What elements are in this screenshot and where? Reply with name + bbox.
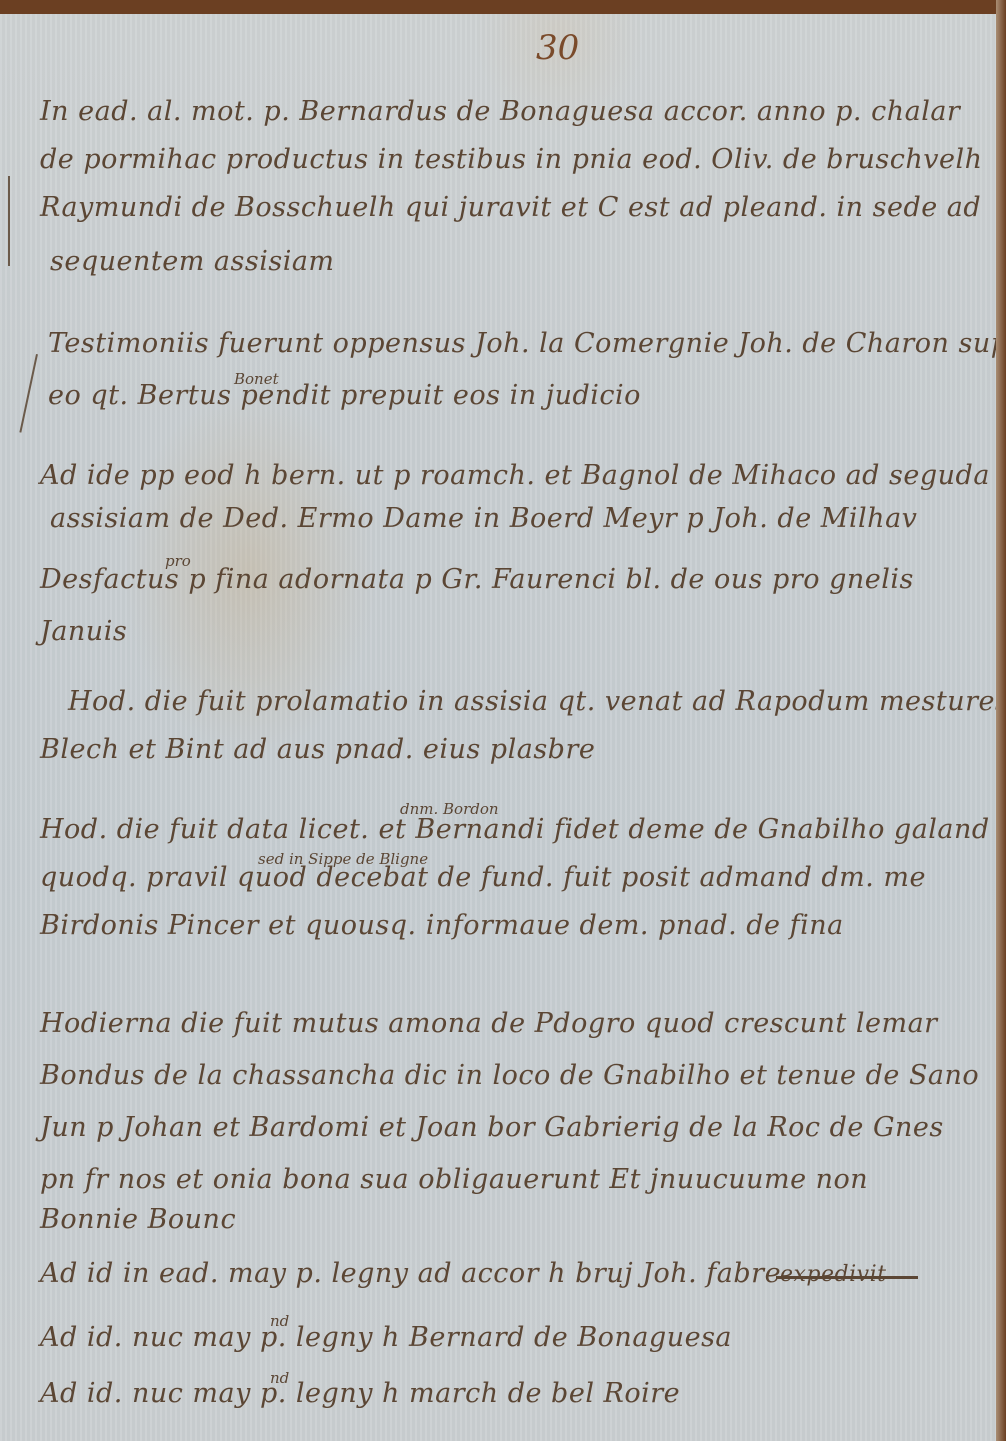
interlinear-note: nd bbox=[270, 1312, 289, 1330]
interlinear-note: pro bbox=[165, 552, 191, 570]
manuscript-line: Ad id. nuc may p. legny h Bernard de Bon… bbox=[40, 1322, 732, 1353]
manuscript-line: Testimoniis fuerunt oppensus Joh. la Com… bbox=[48, 328, 1006, 359]
manuscript-line: In ead. al. mot. p. Bernardus de Bonague… bbox=[40, 96, 960, 127]
page-edge bbox=[996, 0, 1006, 1441]
manuscript-line: Jun p Johan et Bardomi et Joan bor Gabri… bbox=[40, 1112, 944, 1143]
interlinear-note: sed in Sippe de Bligne bbox=[258, 850, 428, 868]
struck-out-word: expedivit bbox=[780, 1262, 886, 1287]
manuscript-line: Ad ide pp eod h bern. ut p roamch. et Ba… bbox=[40, 460, 990, 491]
manuscript-page: 30 In ead. al. mot. p. Bernardus de Bona… bbox=[0, 14, 1000, 1441]
manuscript-line: de pormihac productus in testibus in pni… bbox=[40, 144, 982, 175]
margin-mark bbox=[8, 176, 10, 266]
manuscript-line: quodq. pravil quod decebat de fund. fuit… bbox=[40, 862, 926, 893]
interlinear-note: nd bbox=[270, 1369, 289, 1387]
manuscript-line: pn fr nos et onia bona sua obligauerunt … bbox=[40, 1164, 868, 1195]
manuscript-line: Bondus de la chassancha dic in loco de G… bbox=[40, 1060, 979, 1091]
manuscript-line: Birdonis Pincer et quousq. informaue dem… bbox=[40, 910, 844, 941]
manuscript-line: Ad id in ead. may p. legny ad accor h br… bbox=[40, 1258, 781, 1289]
manuscript-line: sequentem assisiam bbox=[50, 246, 335, 277]
interlinear-note: dnm. Bordon bbox=[400, 800, 499, 818]
manuscript-line: Hod. die fuit prolamatio in assisia qt. … bbox=[68, 686, 1006, 717]
manuscript-line: Bonnie Bounc bbox=[40, 1204, 236, 1235]
folio-number: 30 bbox=[536, 28, 579, 68]
margin-mark bbox=[19, 354, 38, 433]
manuscript-line: Blech et Bint ad aus pnad. eius plasbre bbox=[40, 734, 595, 765]
strike-through bbox=[776, 1276, 918, 1279]
interlinear-note: Bonet bbox=[234, 370, 279, 388]
manuscript-line: Januis bbox=[40, 616, 127, 647]
manuscript-line: Hodierna die fuit mutus amona de Pdogro … bbox=[40, 1008, 938, 1039]
manuscript-line: eo qt. Bertus pendit prepuit eos in judi… bbox=[48, 380, 641, 411]
manuscript-line: Hod. die fuit data licet. et Bernandi fi… bbox=[40, 814, 990, 845]
manuscript-line: Ad id. nuc may p. legny h march de bel R… bbox=[40, 1378, 680, 1409]
manuscript-line: assisiam de Ded. Ermo Dame in Boerd Meyr… bbox=[50, 503, 917, 534]
manuscript-line: Raymundi de Bosschuelh qui juravit et C … bbox=[40, 192, 981, 223]
